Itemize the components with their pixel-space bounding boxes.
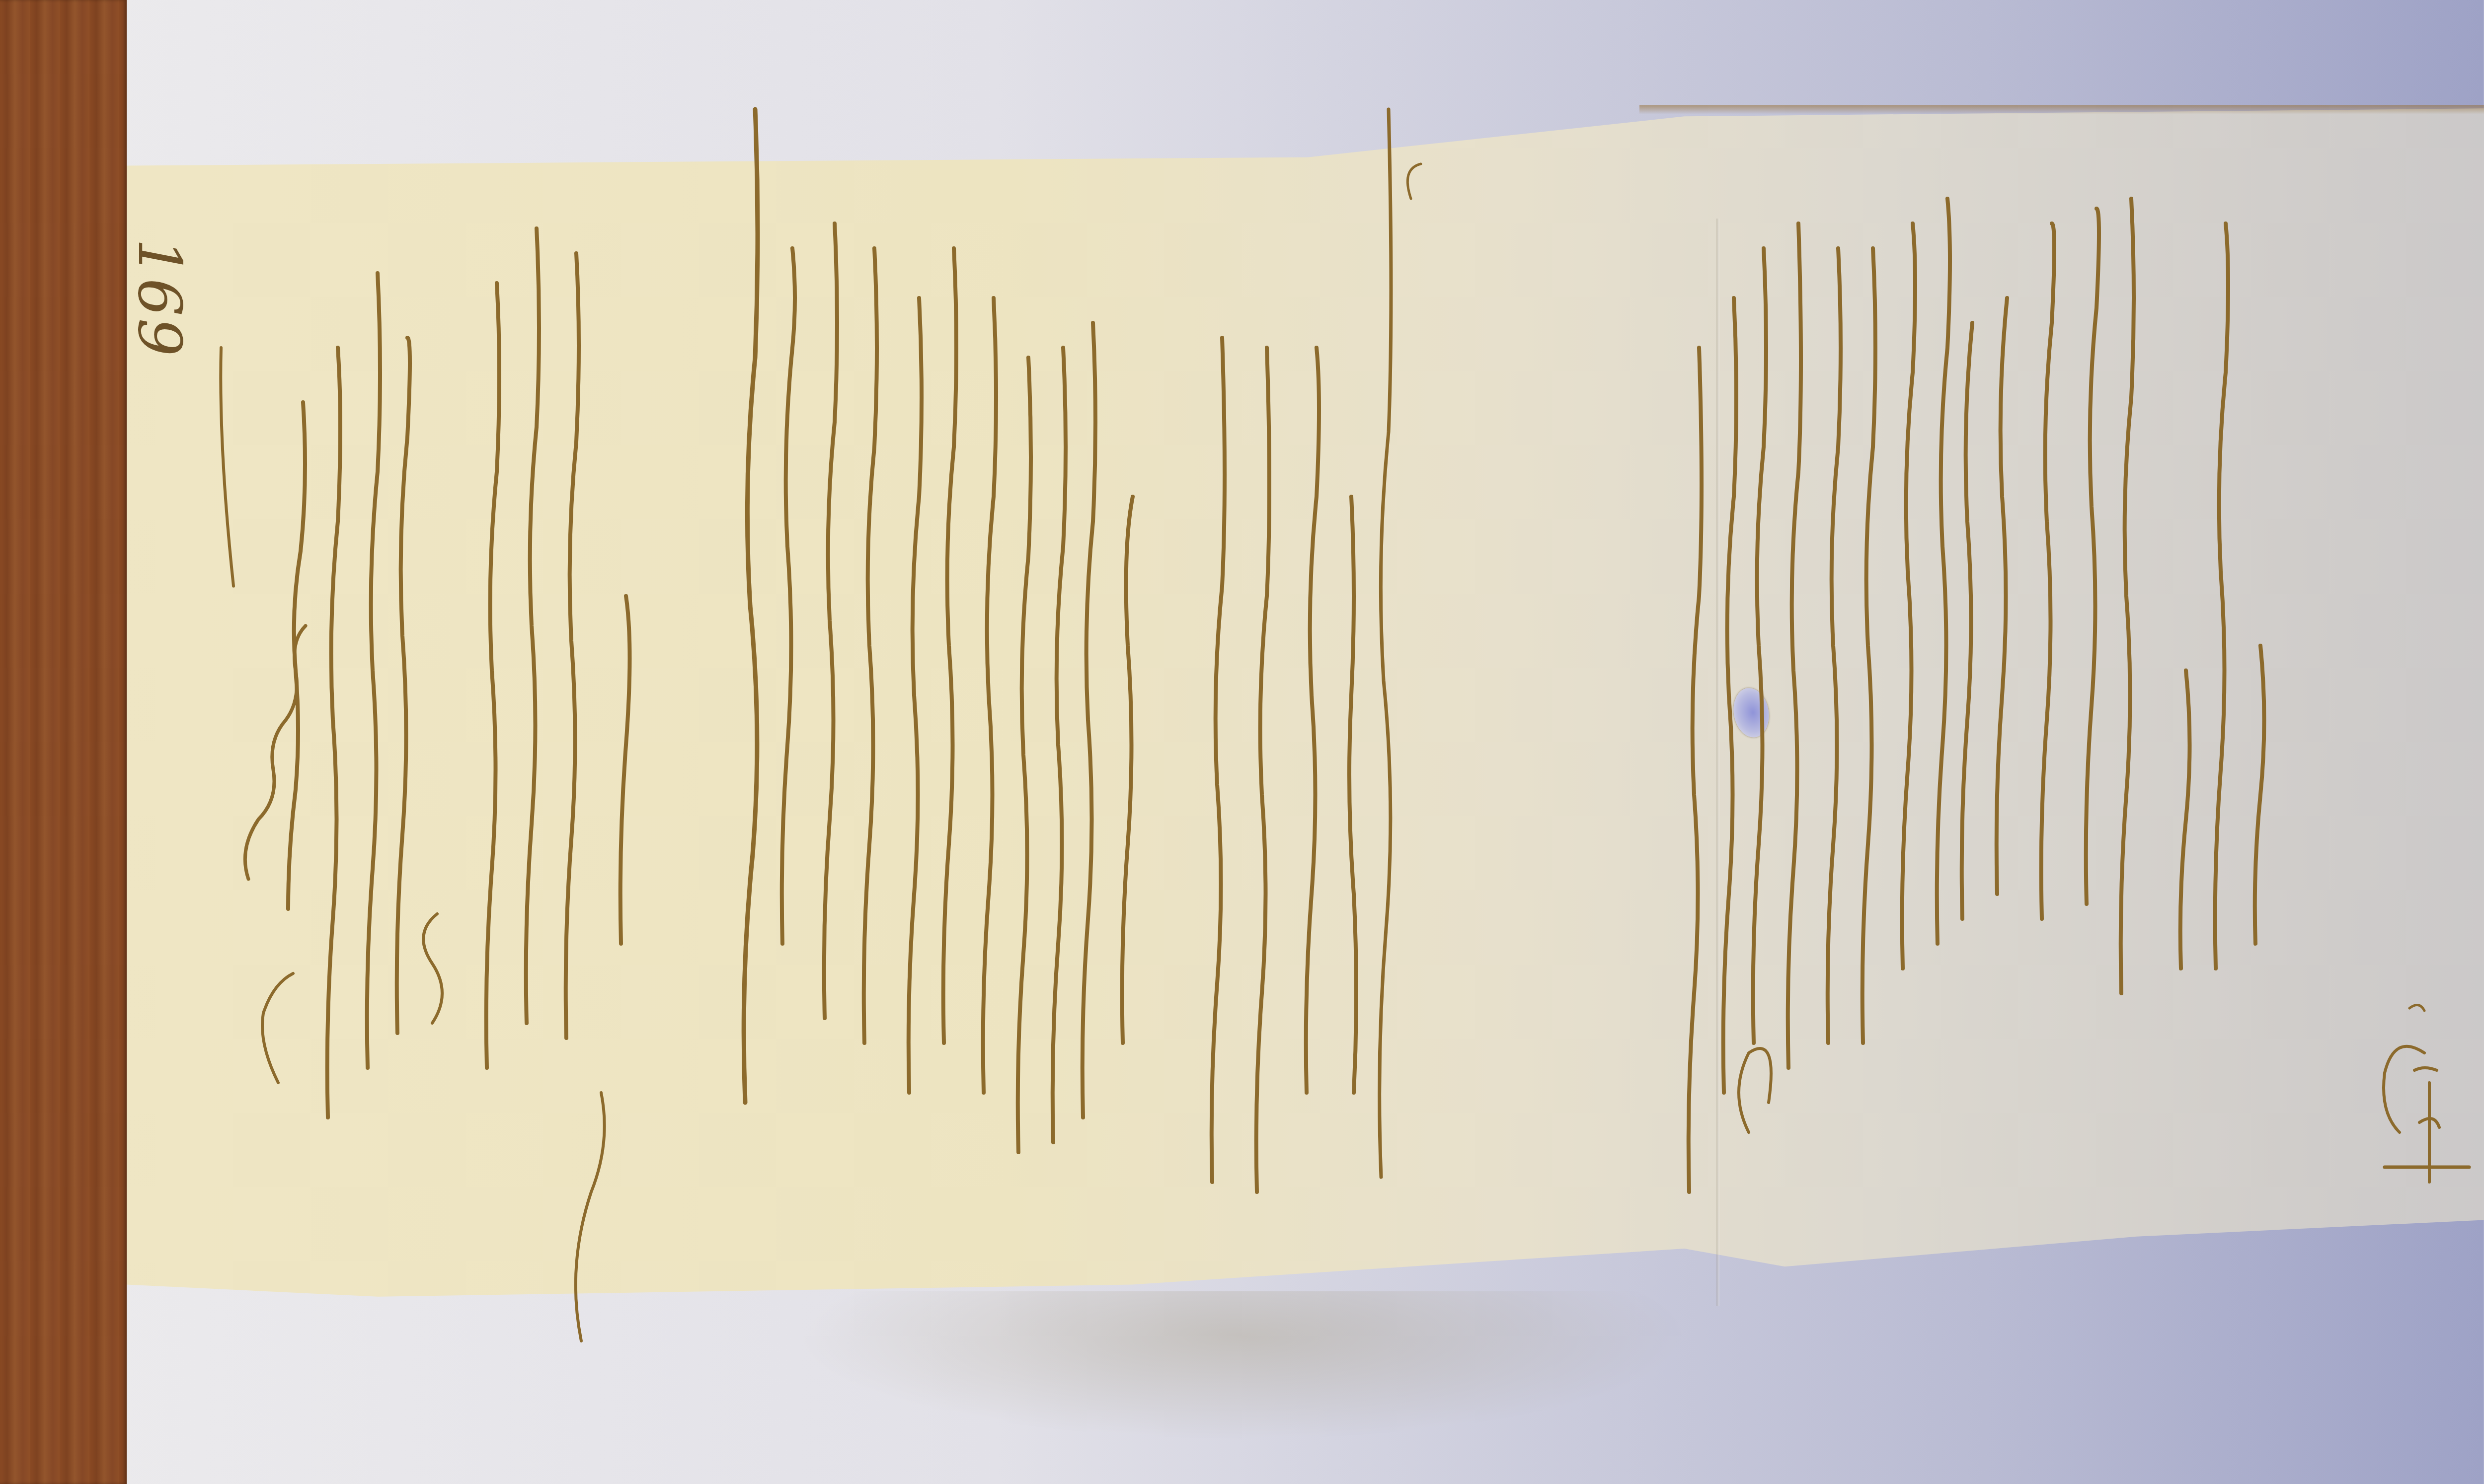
right-block [1689, 199, 2264, 1192]
paragraph-block-1 [486, 228, 630, 1341]
middle-block [744, 109, 1421, 1192]
folio-stroke [221, 348, 233, 586]
signature-mark [2384, 1005, 2469, 1182]
heading-block [245, 273, 442, 1117]
handwriting-layer [0, 0, 2484, 1484]
